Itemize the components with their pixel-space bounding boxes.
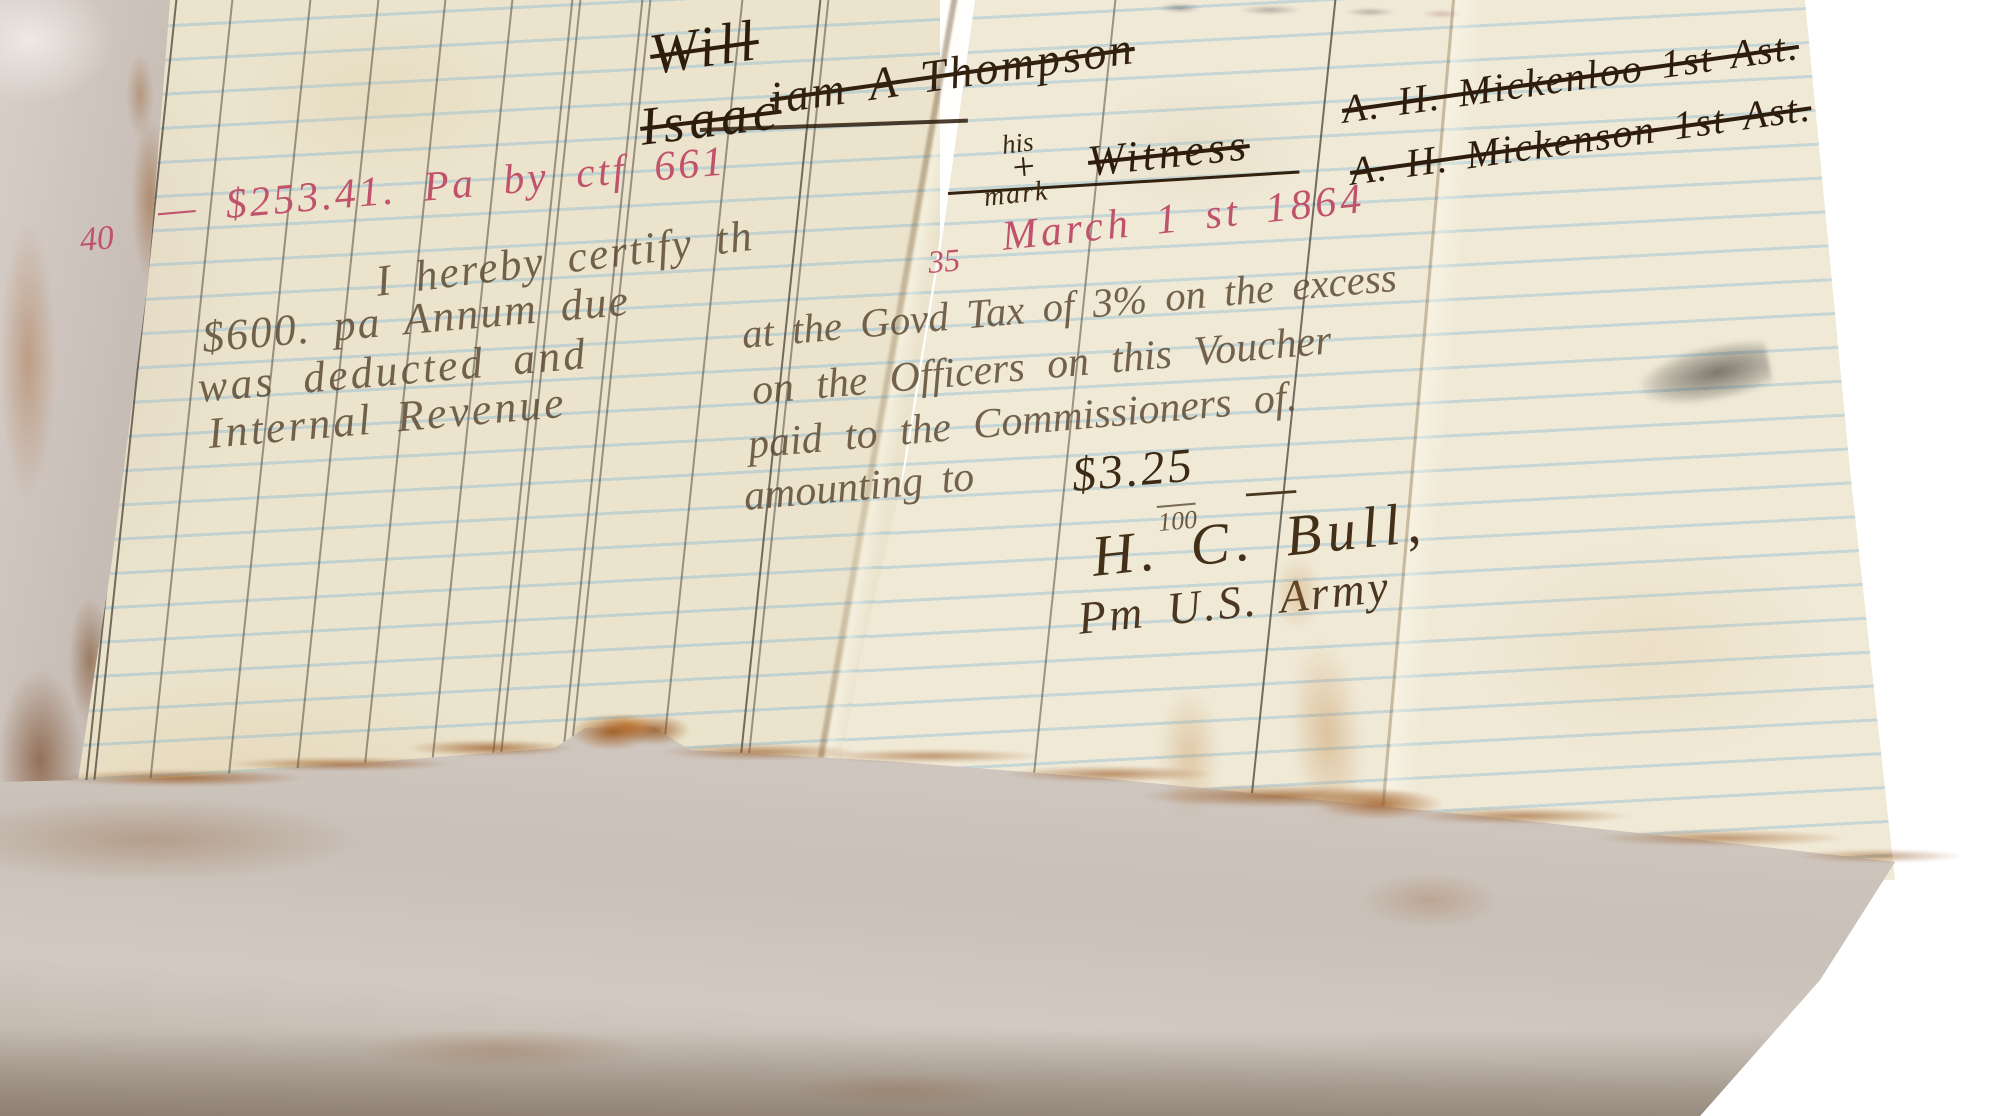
rust-blot — [1158, 688, 1220, 822]
struck-name-will: Will — [646, 11, 762, 84]
tax-amount: $3.25 — [1070, 441, 1197, 500]
red-entry-number: 35 — [927, 243, 962, 278]
ledger-photo: Will Isaac iam A Thompson his + mark Wit… — [0, 0, 2000, 1116]
column-rule — [1021, 0, 1117, 889]
ink-bleed-through — [1140, 0, 1470, 22]
his-mark-label-bottom: mark — [983, 177, 1051, 212]
red-margin-number: 40 — [79, 221, 116, 258]
rust-blot — [1274, 556, 1322, 630]
